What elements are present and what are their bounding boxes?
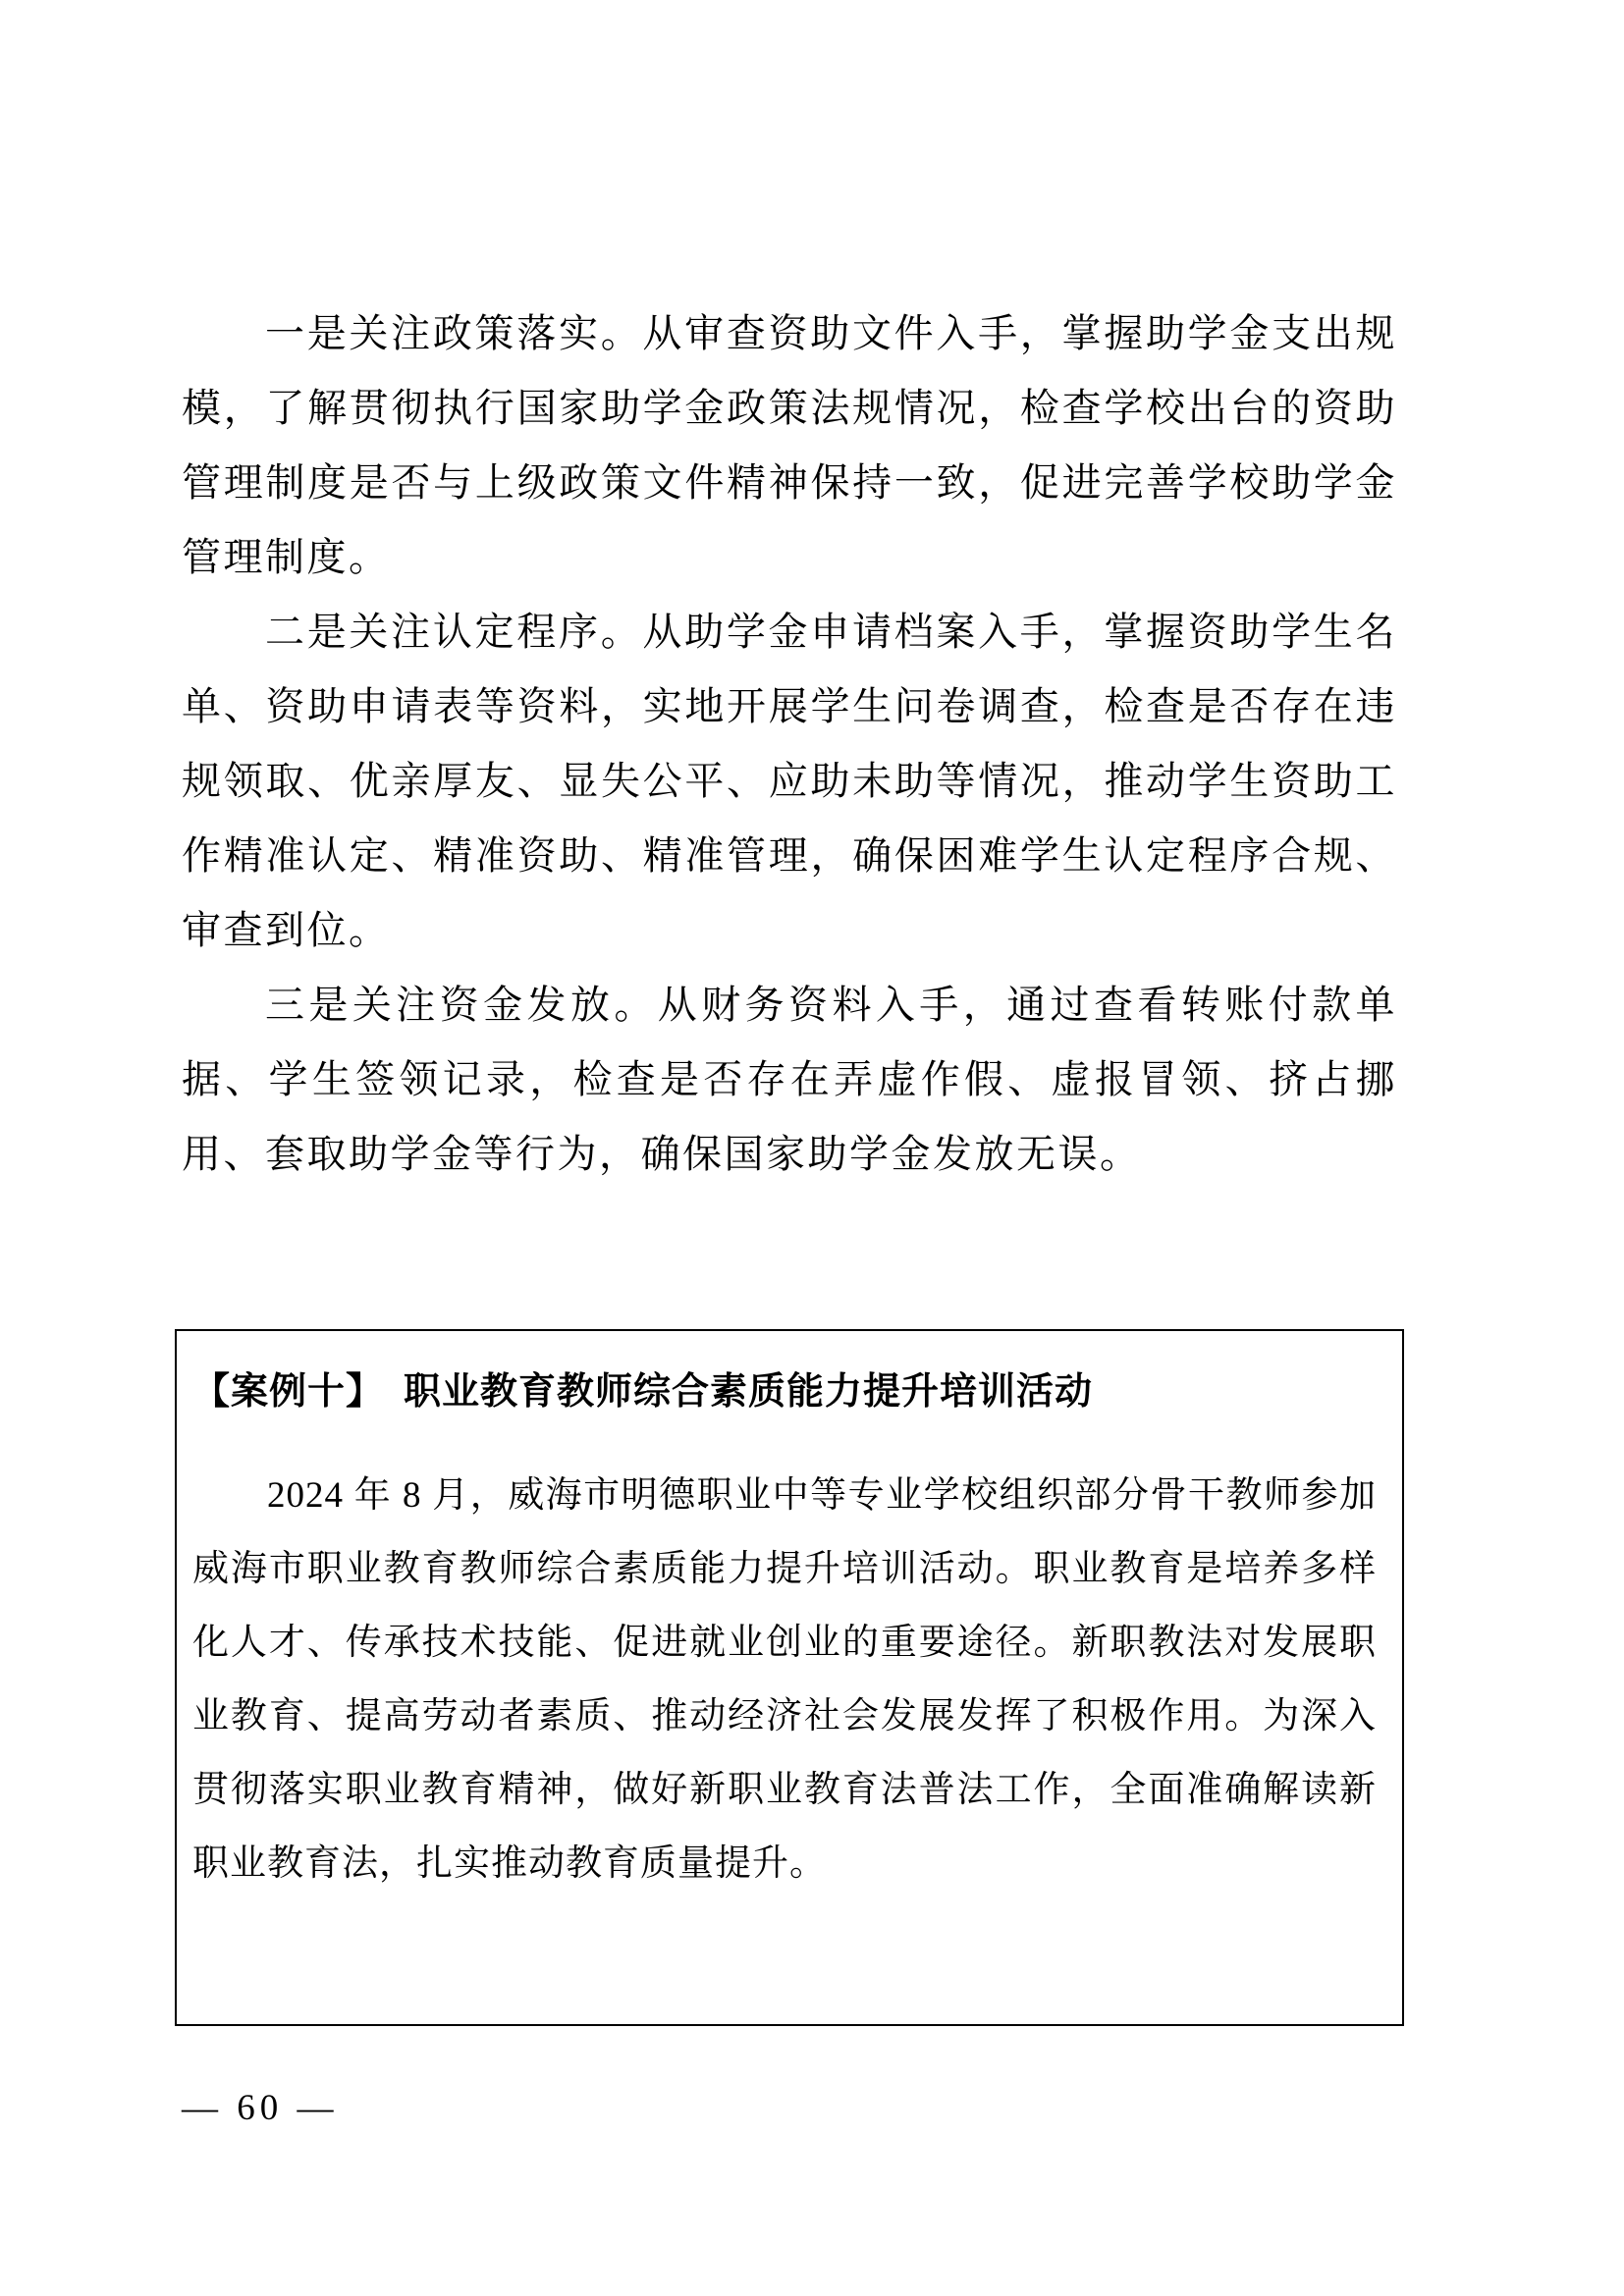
paragraph-identification-procedure: 二是关注认定程序。从助学金申请档案入手，掌握资助学生名单、资助申请表等资料，实地…	[182, 595, 1397, 968]
document-page: 一是关注政策落实。从审查资助文件入手，掌握助学金支出规模，了解贯彻执行国家助学金…	[0, 0, 1624, 2296]
paragraph-policy-implementation: 一是关注政策落实。从审查资助文件入手，掌握助学金支出规模，了解贯彻执行国家助学金…	[182, 296, 1397, 595]
case-box-title: 【案例十】 职业教育教师综合素质能力提升培训活动	[192, 1364, 1377, 1419]
case-box: 【案例十】 职业教育教师综合素质能力提升培训活动 2024 年 8 月，威海市明…	[175, 1329, 1404, 2026]
document-body: 一是关注政策落实。从审查资助文件入手，掌握助学金支出规模，了解贯彻执行国家助学金…	[182, 296, 1397, 2026]
case-box-body: 2024 年 8 月，威海市明德职业中等专业学校组织部分骨干教师参加威海市职业教…	[192, 1459, 1377, 1900]
page-number: — 60 —	[182, 2087, 339, 2129]
paragraph-fund-distribution: 三是关注资金发放。从财务资料入手，通过查看转账付款单据、学生签领记录，检查是否存…	[182, 968, 1397, 1192]
